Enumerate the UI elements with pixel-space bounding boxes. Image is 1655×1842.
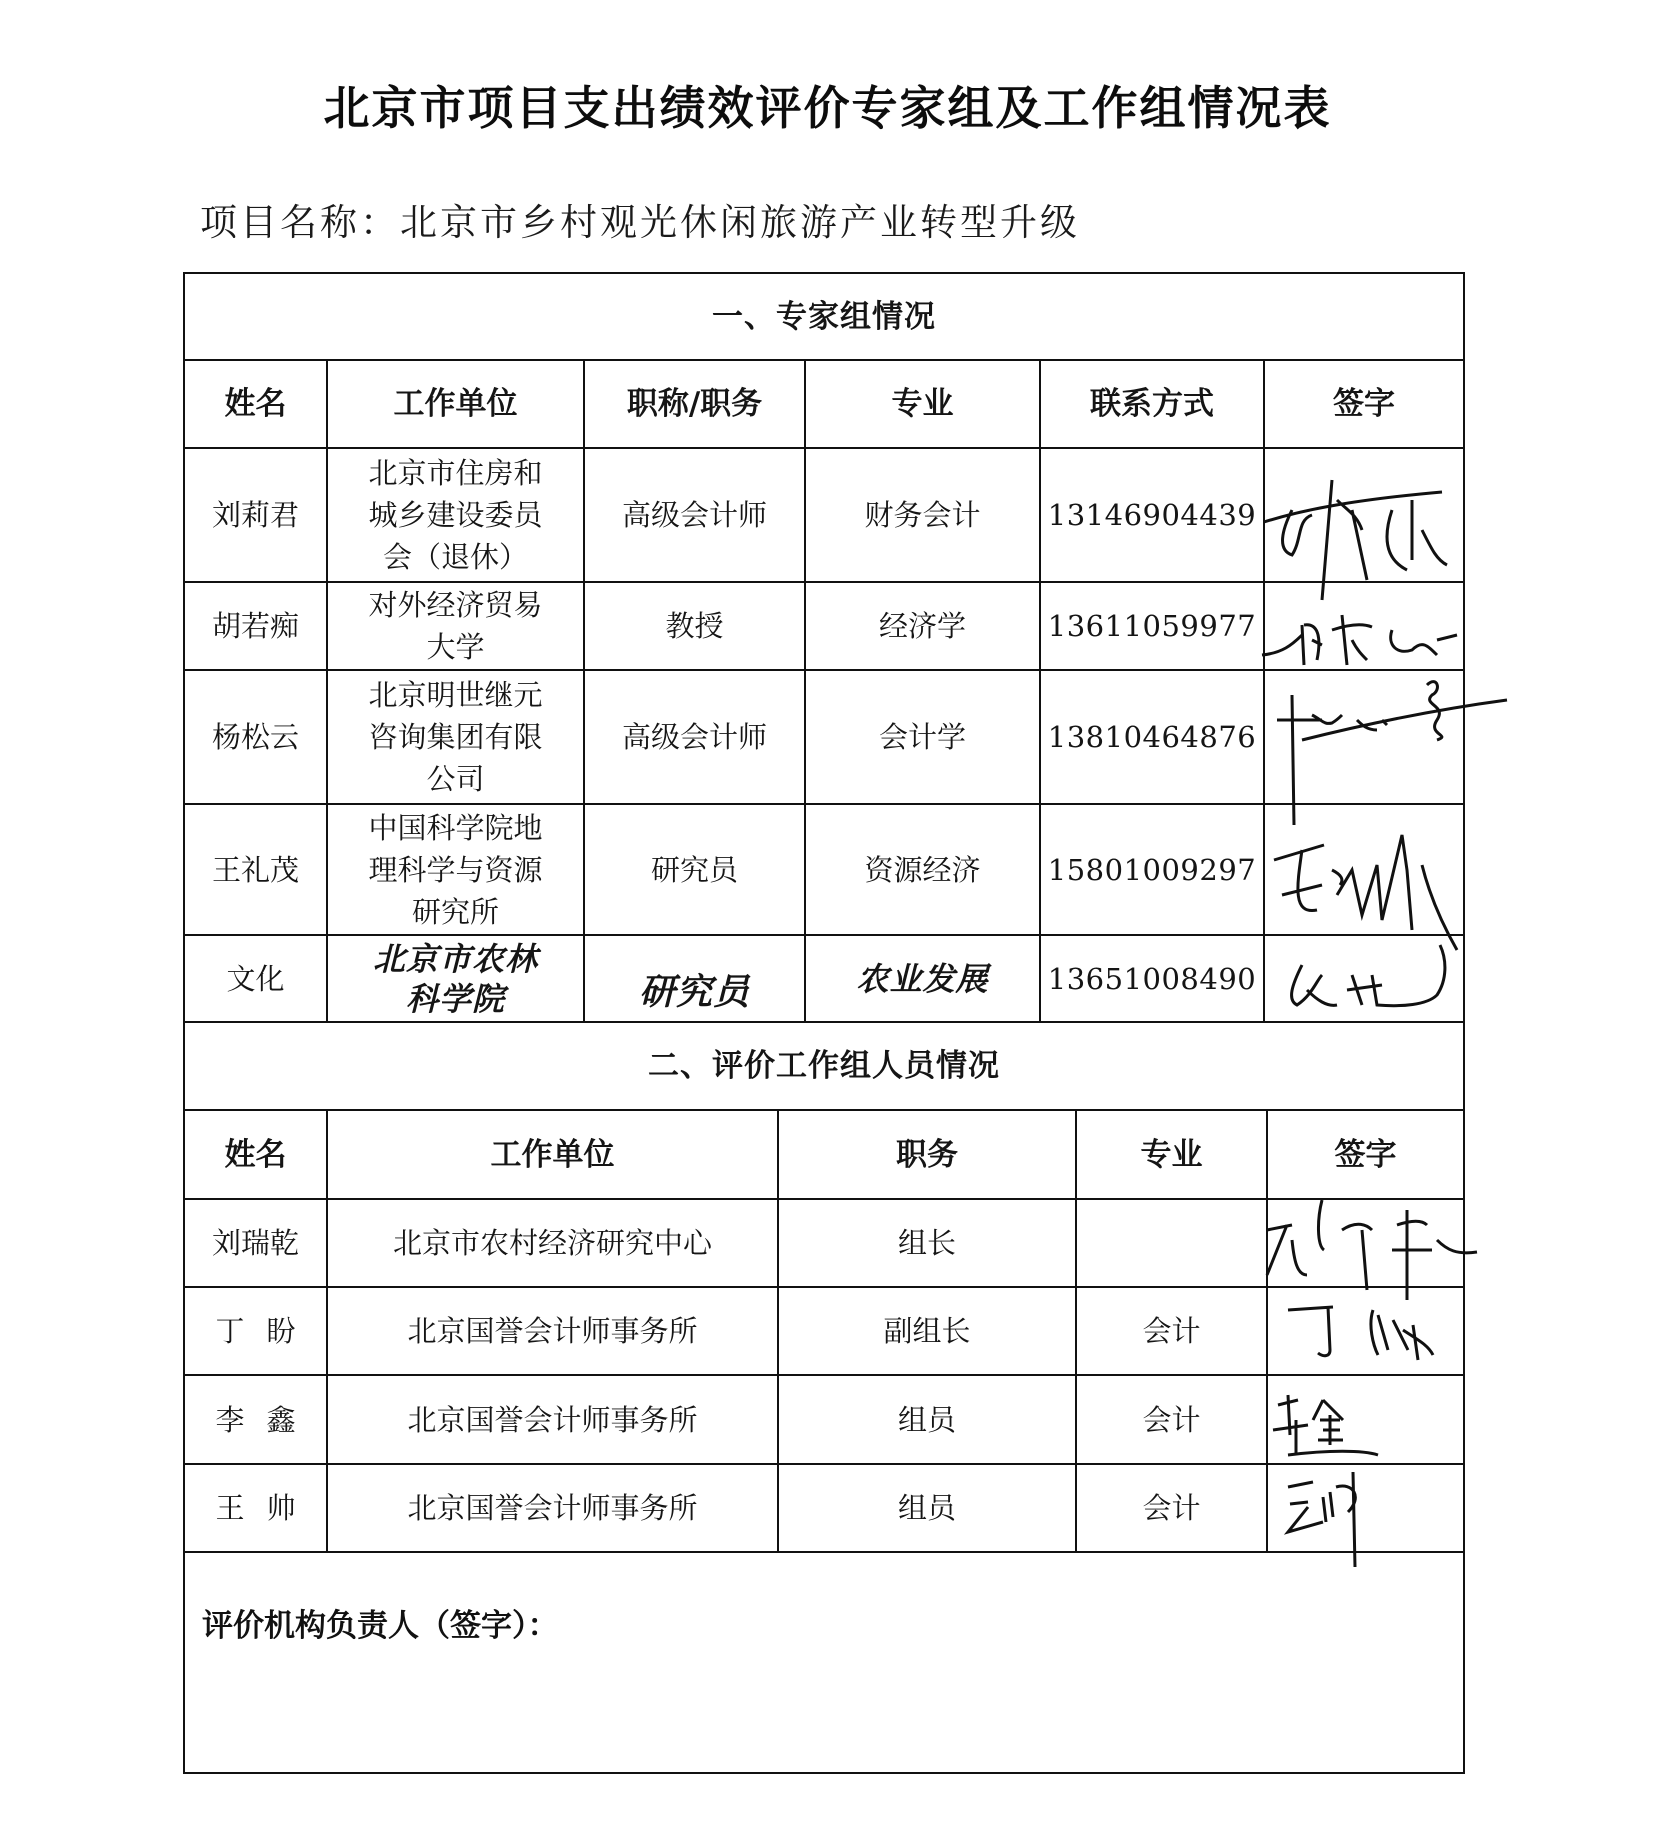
handwritten-signature <box>1268 1295 1468 1375</box>
expert-group-section-title: 一、专家组情况 <box>185 274 1463 359</box>
member-name: 李鑫 <box>185 1376 326 1463</box>
expert-name: 杨松云 <box>185 671 326 803</box>
unit-line: 研究所 <box>412 891 499 933</box>
handwritten-signature <box>1262 1190 1482 1310</box>
project-name: 北京市乡村观光休闲旅游产业转型升级 <box>400 201 1080 244</box>
expert-phone: 15801009297 <box>1041 805 1263 934</box>
expert-unit: 中国科学院地 理科学与资源 研究所 <box>328 805 583 934</box>
member-name: 刘瑞乾 <box>185 1200 326 1286</box>
expert-major: 会计学 <box>806 671 1039 803</box>
member-role: 组员 <box>779 1465 1075 1551</box>
col-header-major: 专业 <box>1077 1111 1266 1198</box>
expert-major: 资源经济 <box>806 805 1039 934</box>
col-header-name: 姓名 <box>185 1111 326 1198</box>
unit-line: 北京市住房和 <box>368 452 542 494</box>
member-major <box>1077 1200 1266 1286</box>
expert-unit: 北京市住房和 城乡建设委员 会（退休） <box>328 449 583 581</box>
handwritten-signature <box>1262 775 1462 955</box>
col-header-signature: 签字 <box>1265 361 1463 447</box>
member-name: 丁盼 <box>185 1288 326 1374</box>
unit-line: 城乡建设委员 <box>368 494 542 536</box>
responsible-signature-area <box>185 1660 1463 1770</box>
project-label: 项目名称： <box>200 201 400 244</box>
handwritten-signature <box>1268 1462 1408 1572</box>
member-unit: 北京市农村经济研究中心 <box>328 1200 777 1286</box>
handwritten-signature <box>1262 470 1462 610</box>
unit-line: 科学院 <box>406 979 505 1019</box>
table-border-right <box>1463 272 1465 1774</box>
unit-line: 中国科学院地 <box>368 807 542 849</box>
work-group-section-title: 二、评价工作组人员情况 <box>185 1023 1463 1109</box>
expert-title: 研究员 <box>585 805 804 934</box>
unit-line: 公司 <box>426 758 484 800</box>
expert-title: 高级会计师 <box>585 671 804 803</box>
expert-major: 经济学 <box>806 583 1039 669</box>
member-unit: 北京国誉会计师事务所 <box>328 1465 777 1551</box>
col-header-unit: 工作单位 <box>328 361 583 447</box>
project-name-line: 项目名称：北京市乡村观光休闲旅游产业转型升级 <box>200 192 1080 246</box>
member-role: 组长 <box>779 1200 1075 1286</box>
expert-phone: 13146904439 <box>1041 449 1263 581</box>
col-header-title: 职称/职务 <box>585 361 804 447</box>
handwritten-signature <box>1262 595 1462 675</box>
expert-major-handwritten: 农业发展 <box>806 936 1039 1021</box>
handwritten-signature <box>1262 935 1462 1025</box>
unit-line: 北京市农林 <box>373 939 538 979</box>
expert-unit: 北京明世继元 咨询集团有限 公司 <box>328 671 583 803</box>
member-unit: 北京国誉会计师事务所 <box>328 1376 777 1463</box>
unit-line: 会（退休） <box>383 536 528 578</box>
handwritten-signature <box>1268 1385 1408 1465</box>
col-header-unit: 工作单位 <box>328 1111 777 1198</box>
document-title: 北京市项目支出绩效评价专家组及工作组情况表 <box>0 72 1655 138</box>
member-role: 副组长 <box>779 1288 1075 1374</box>
expert-phone: 13651008490 <box>1041 936 1263 1021</box>
expert-name: 文化 <box>185 936 326 1021</box>
member-role: 组员 <box>779 1376 1075 1463</box>
member-major: 会计 <box>1077 1465 1266 1551</box>
col-header-contact: 联系方式 <box>1041 361 1263 447</box>
unit-line: 咨询集团有限 <box>368 716 542 758</box>
expert-title: 高级会计师 <box>585 449 804 581</box>
unit-line: 对外经济贸易 <box>368 584 542 626</box>
expert-name: 刘莉君 <box>185 449 326 581</box>
member-unit: 北京国誉会计师事务所 <box>328 1288 777 1374</box>
col-header-major: 专业 <box>806 361 1039 447</box>
expert-phone: 13611059977 <box>1041 583 1263 669</box>
col-header-role: 职务 <box>779 1111 1075 1198</box>
expert-name: 王礼茂 <box>185 805 326 934</box>
col-header-signature: 签字 <box>1268 1111 1463 1198</box>
responsible-signature-label: 评价机构负责人（签字）： <box>202 1600 559 1645</box>
expert-unit-handwritten: 北京市农林 科学院 <box>328 936 583 1021</box>
unit-line: 理科学与资源 <box>368 849 542 891</box>
expert-phone: 13810464876 <box>1041 671 1263 803</box>
member-major: 会计 <box>1077 1288 1266 1374</box>
table-border-bottom <box>183 1772 1465 1774</box>
expert-unit: 对外经济贸易 大学 <box>328 583 583 669</box>
col-header-name: 姓名 <box>185 361 326 447</box>
unit-line: 大学 <box>426 626 484 668</box>
member-name: 王帅 <box>185 1465 326 1551</box>
member-major: 会计 <box>1077 1376 1266 1463</box>
expert-title: 教授 <box>585 583 804 669</box>
expert-major: 财务会计 <box>806 449 1039 581</box>
expert-name: 胡若痴 <box>185 583 326 669</box>
unit-line: 北京明世继元 <box>368 674 542 716</box>
